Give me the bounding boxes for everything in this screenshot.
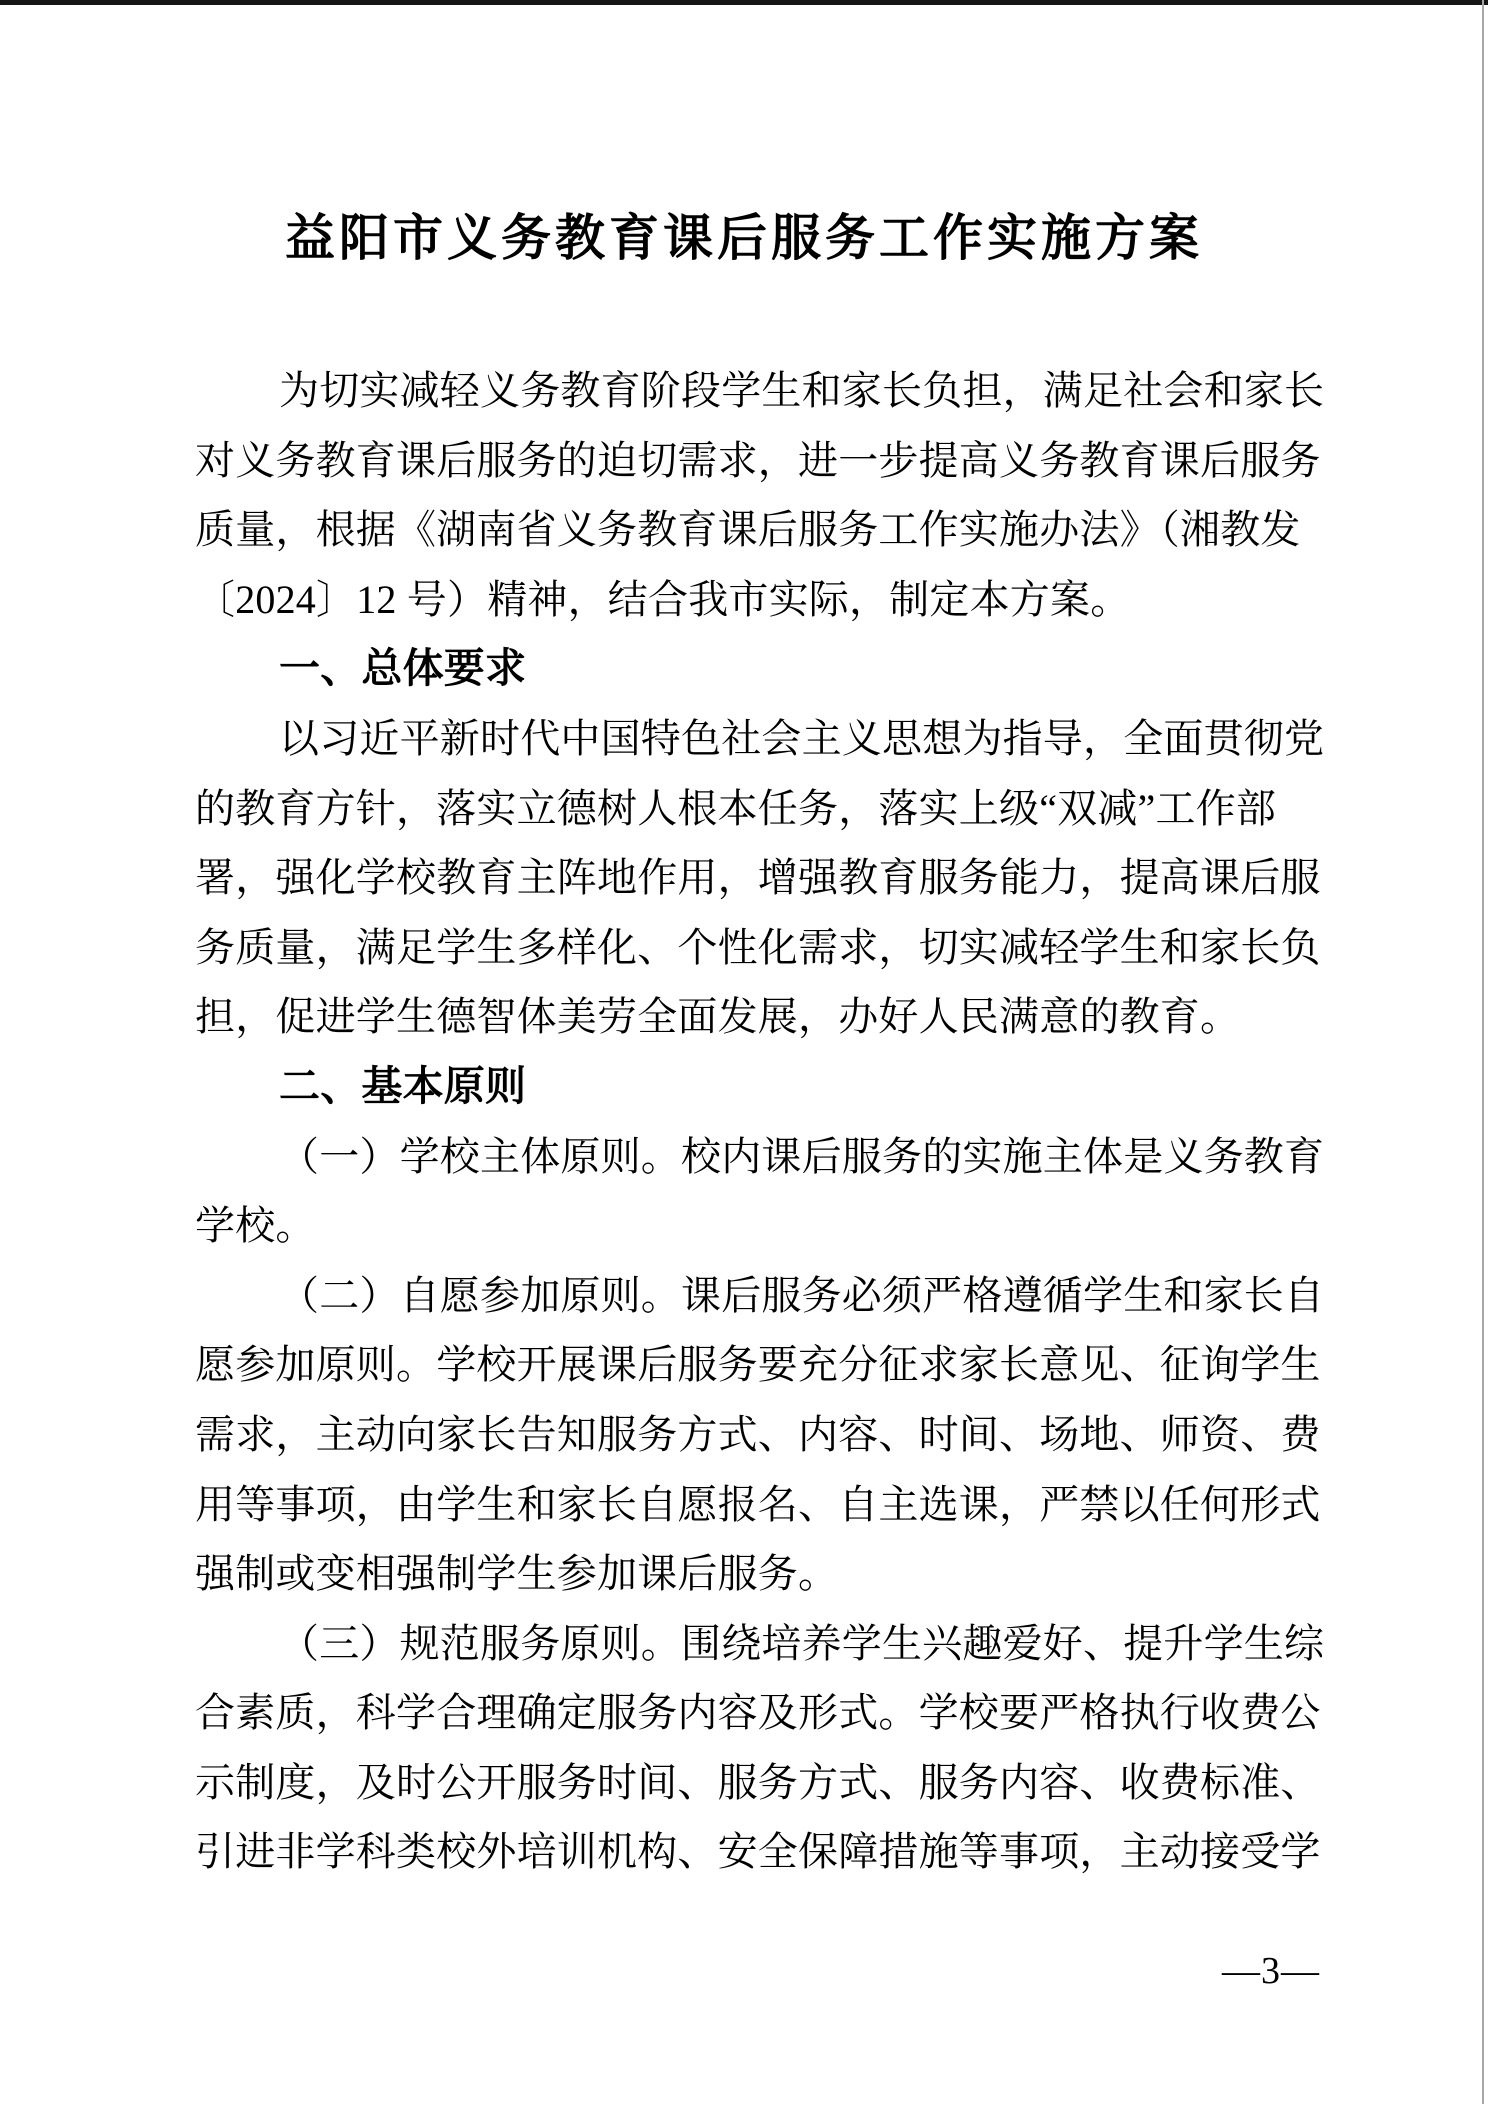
text-line: 的教育方针，落实立德树人根本任务，落实上级“双减”工作部 <box>195 774 1325 844</box>
text-line: 用等事项，由学生和家长自愿报名、自主选课，严禁以任何形式 <box>195 1470 1325 1540</box>
text-line: 愿参加原则。学校开展课后服务要充分征求家长意见、征询学生 <box>195 1330 1325 1400</box>
text-line: 对义务教育课后服务的迫切需求，进一步提高义务教育课后服务 <box>195 426 1325 496</box>
text-line: 署，强化学校教育主阵地作用，增强教育服务能力，提高课后服 <box>195 843 1325 913</box>
text-line: （二）自愿参加原则。课后服务必须严格遵循学生和家长自 <box>195 1261 1325 1331</box>
text-line: （一）学校主体原则。校内课后服务的实施主体是义务教育 <box>195 1122 1325 1192</box>
text-line: 引进非学科类校外培训机构、安全保障措施等事项，主动接受学 <box>195 1817 1325 1887</box>
section-heading: 二、基本原则 <box>195 1052 1325 1122</box>
text-line: 务质量，满足学生多样化、个性化需求，切实减轻学生和家长负 <box>195 913 1325 983</box>
scan-right-edge <box>1482 0 1484 2104</box>
document-title: 益阳市义务教育课后服务工作实施方案 <box>0 198 1488 270</box>
text-line: 学校。 <box>195 1191 1325 1261</box>
document-page: 益阳市义务教育课后服务工作实施方案 为切实减轻义务教育阶段学生和家长负担，满足社… <box>0 0 1488 2104</box>
text-line: 〔2024〕12 号）精神，结合我市实际，制定本方案。 <box>195 565 1325 635</box>
text-line: 合素质，科学合理确定服务内容及形式。学校要严格执行收费公 <box>195 1678 1325 1748</box>
text-line: 以习近平新时代中国特色社会主义思想为指导，全面贯彻党 <box>195 704 1325 774</box>
text-line: （三）规范服务原则。围绕培养学生兴趣爱好、提升学生综 <box>195 1609 1325 1679</box>
document-body: 为切实减轻义务教育阶段学生和家长负担，满足社会和家长对义务教育课后服务的迫切需求… <box>195 356 1325 1887</box>
text-line: 担，促进学生德智体美劳全面发展，办好人民满意的教育。 <box>195 982 1325 1052</box>
text-line: 强制或变相强制学生参加课后服务。 <box>195 1539 1325 1609</box>
text-line: 质量，根据《湖南省义务教育课后服务工作实施办法》（湘教发 <box>195 495 1325 565</box>
section-heading: 一、总体要求 <box>195 634 1325 704</box>
text-line: 为切实减轻义务教育阶段学生和家长负担，满足社会和家长 <box>195 356 1325 426</box>
scan-top-edge <box>0 0 1488 5</box>
page-number: —3— <box>1222 1948 1320 1994</box>
text-line: 需求，主动向家长告知服务方式、内容、时间、场地、师资、费 <box>195 1400 1325 1470</box>
text-line: 示制度，及时公开服务时间、服务方式、服务内容、收费标准、 <box>195 1748 1325 1818</box>
